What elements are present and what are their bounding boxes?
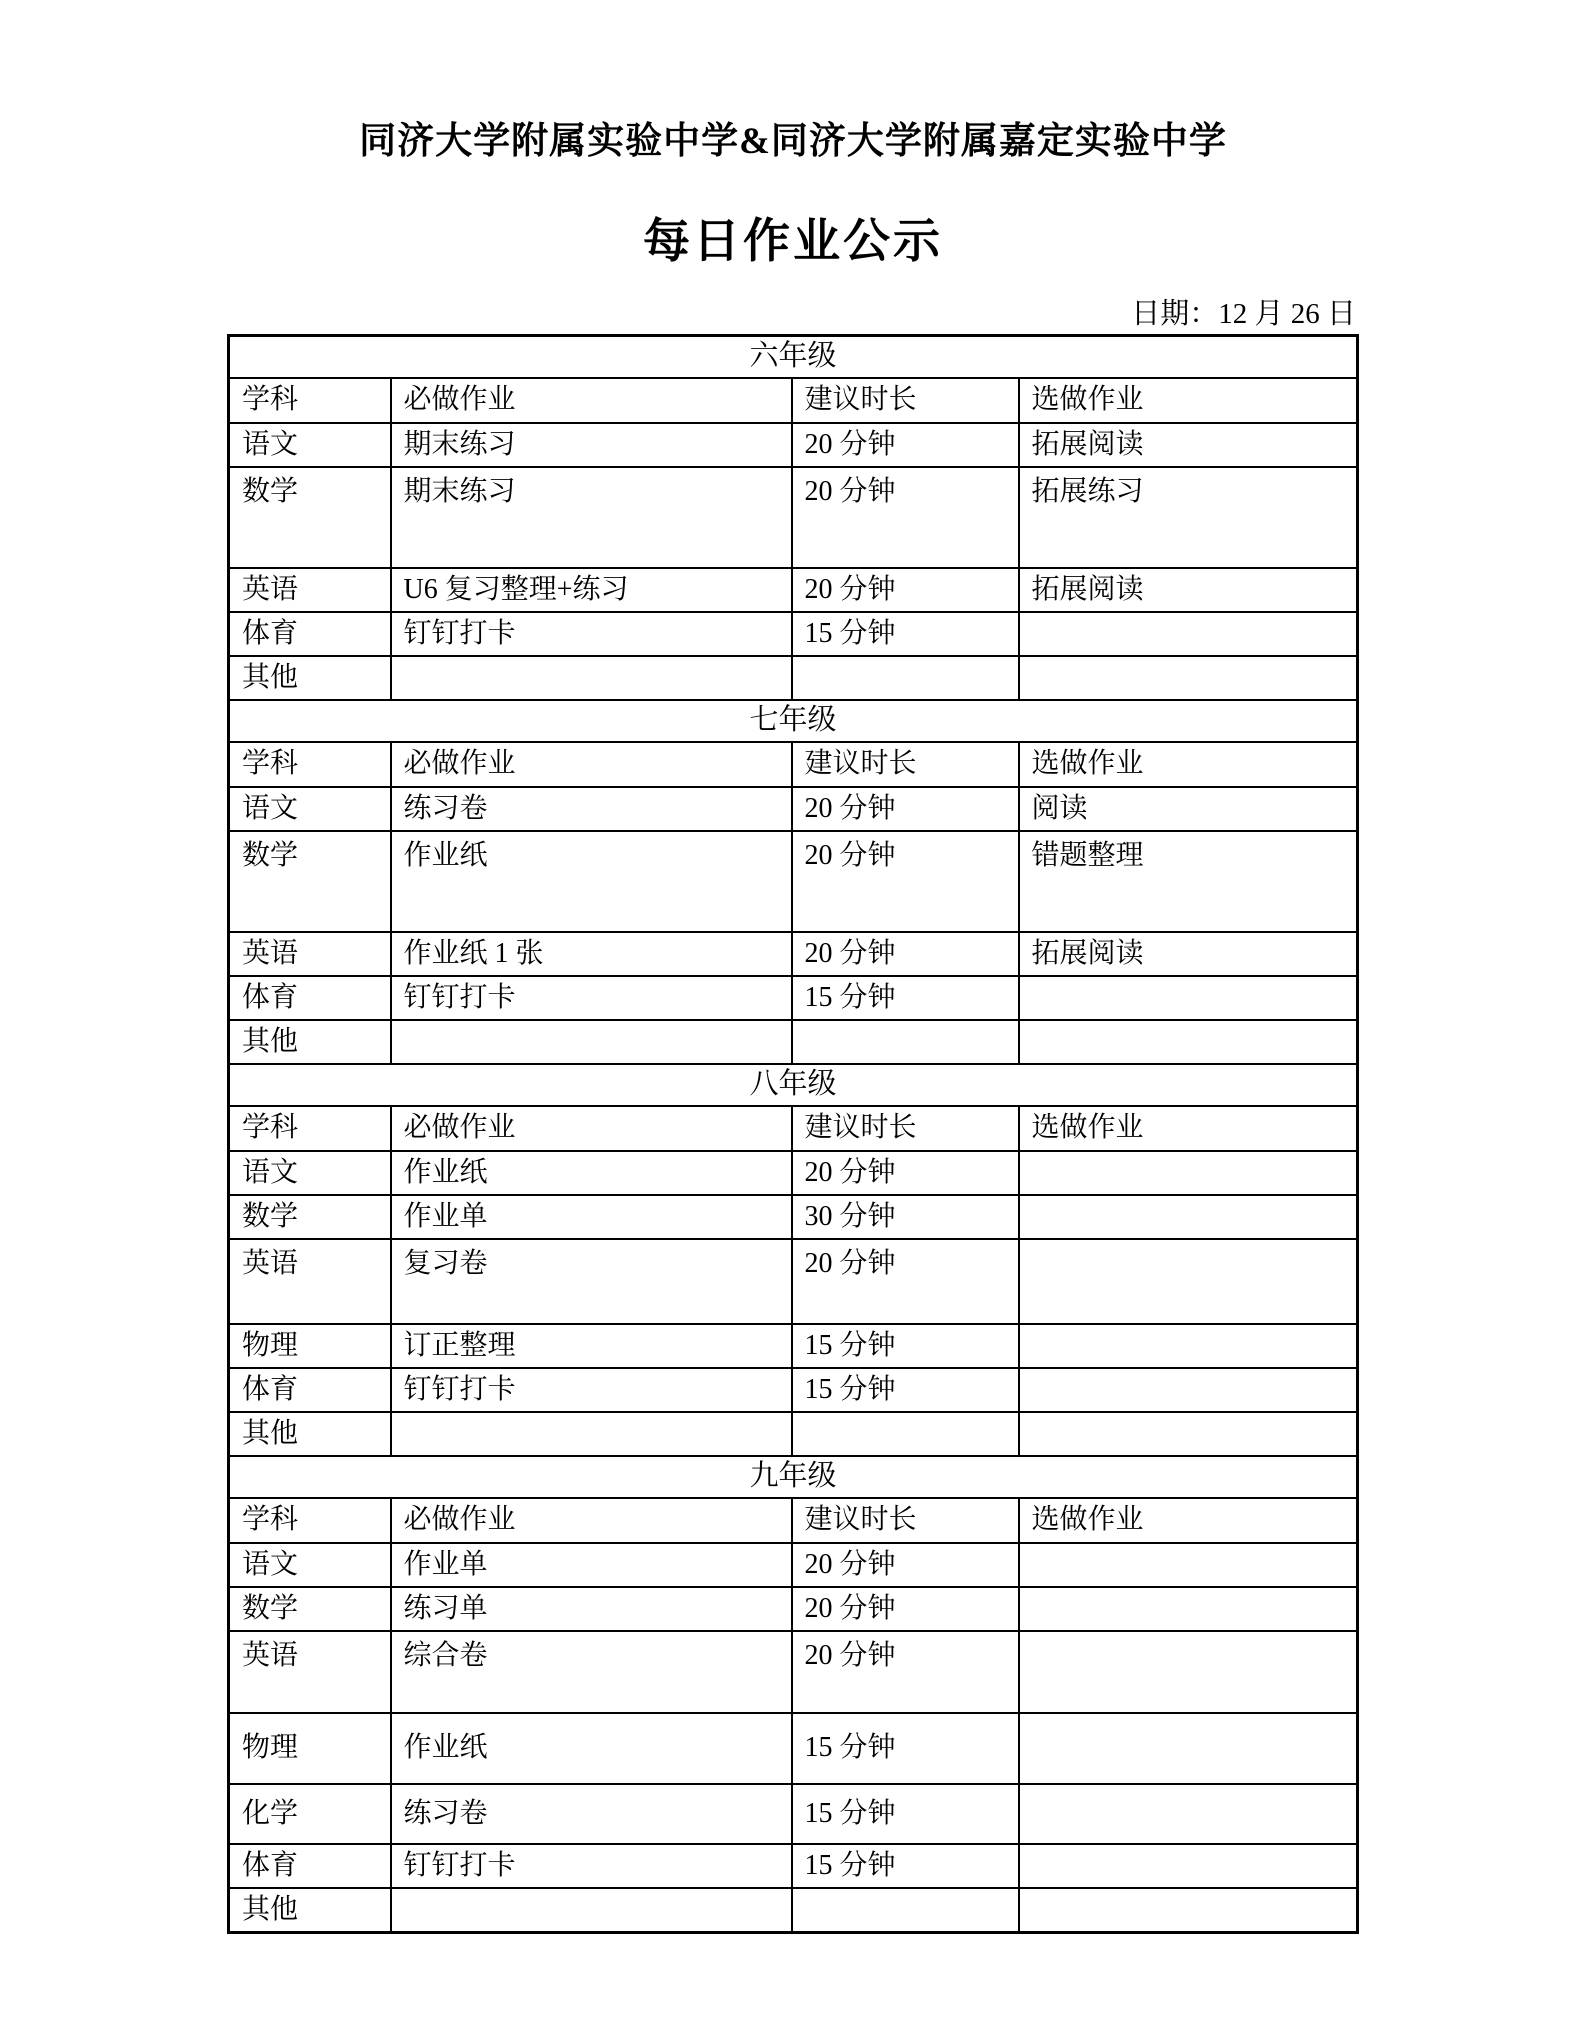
required-cell	[391, 1020, 792, 1064]
column-header-duration: 建议时长	[792, 378, 1019, 423]
required-cell: 作业纸	[391, 1151, 792, 1195]
column-header-required: 必做作业	[391, 1106, 792, 1151]
column-header-optional: 选做作业	[1019, 1106, 1358, 1151]
optional-cell	[1019, 1151, 1358, 1195]
subject-cell: 体育	[229, 976, 391, 1020]
subject-cell: 数学	[229, 1587, 391, 1631]
homework-row: 体育钉钉打卡15 分钟	[229, 612, 1358, 656]
subject-cell: 数学	[229, 467, 391, 568]
required-cell: 作业纸 1 张	[391, 932, 792, 976]
duration-cell: 20 分钟	[792, 1239, 1019, 1324]
homework-row: 数学作业单30 分钟	[229, 1195, 1358, 1239]
homework-row: 其他	[229, 656, 1358, 700]
required-cell: 练习单	[391, 1587, 792, 1631]
required-cell: 复习卷	[391, 1239, 792, 1324]
required-cell	[391, 1412, 792, 1456]
duration-cell: 20 分钟	[792, 932, 1019, 976]
homework-row: 数学作业纸20 分钟错题整理	[229, 831, 1358, 932]
optional-cell	[1019, 1324, 1358, 1368]
subject-cell: 语文	[229, 1151, 391, 1195]
required-cell: 钉钉打卡	[391, 1368, 792, 1412]
optional-cell	[1019, 1239, 1358, 1324]
column-header-optional: 选做作业	[1019, 378, 1358, 423]
required-cell: 综合卷	[391, 1631, 792, 1713]
required-cell: 练习卷	[391, 1784, 792, 1844]
column-header-required: 必做作业	[391, 742, 792, 787]
homework-row: 英语作业纸 1 张20 分钟拓展阅读	[229, 932, 1358, 976]
required-cell: 订正整理	[391, 1324, 792, 1368]
required-cell: 期末练习	[391, 467, 792, 568]
optional-cell	[1019, 1587, 1358, 1631]
required-cell	[391, 656, 792, 700]
subject-cell: 体育	[229, 1368, 391, 1412]
homework-row: 语文期末练习20 分钟拓展阅读	[229, 423, 1358, 467]
column-header-subject: 学科	[229, 1106, 391, 1151]
duration-cell: 20 分钟	[792, 1631, 1019, 1713]
subject-cell: 数学	[229, 831, 391, 932]
subject-cell: 其他	[229, 656, 391, 700]
subject-cell: 语文	[229, 787, 391, 831]
optional-cell: 拓展阅读	[1019, 568, 1358, 612]
column-header-row: 学科必做作业建议时长选做作业	[229, 742, 1358, 787]
required-cell: 作业单	[391, 1195, 792, 1239]
duration-cell: 15 分钟	[792, 1784, 1019, 1844]
homework-row: 体育钉钉打卡15 分钟	[229, 1844, 1358, 1888]
subject-cell: 数学	[229, 1195, 391, 1239]
duration-cell	[792, 1020, 1019, 1064]
homework-table: 六年级学科必做作业建议时长选做作业语文期末练习20 分钟拓展阅读数学期末练习20…	[227, 334, 1359, 1934]
column-header-duration: 建议时长	[792, 1106, 1019, 1151]
duration-cell: 20 分钟	[792, 787, 1019, 831]
school-title: 同济大学附属实验中学&同济大学附属嘉定实验中学	[0, 110, 1586, 164]
duration-cell: 20 分钟	[792, 1587, 1019, 1631]
column-header-subject: 学科	[229, 378, 391, 423]
required-cell: 期末练习	[391, 423, 792, 467]
subject-cell: 物理	[229, 1713, 391, 1784]
homework-row: 数学练习单20 分钟	[229, 1587, 1358, 1631]
duration-cell: 15 分钟	[792, 1844, 1019, 1888]
homework-row: 语文作业单20 分钟	[229, 1543, 1358, 1587]
duration-cell	[792, 1888, 1019, 1933]
grade-title: 九年级	[229, 1456, 1358, 1498]
subject-cell: 体育	[229, 612, 391, 656]
duration-cell: 15 分钟	[792, 612, 1019, 656]
grade-title: 七年级	[229, 700, 1358, 742]
homework-row: 体育钉钉打卡15 分钟	[229, 1368, 1358, 1412]
homework-row: 英语U6 复习整理+练习20 分钟拓展阅读	[229, 568, 1358, 612]
homework-row: 物理作业纸15 分钟	[229, 1713, 1358, 1784]
date-label: 日期：12 月 26 日	[1131, 291, 1356, 332]
required-cell: 钉钉打卡	[391, 1844, 792, 1888]
column-header-row: 学科必做作业建议时长选做作业	[229, 378, 1358, 423]
duration-cell	[792, 1412, 1019, 1456]
homework-row: 语文作业纸20 分钟	[229, 1151, 1358, 1195]
grade-title: 六年级	[229, 336, 1358, 379]
optional-cell	[1019, 1888, 1358, 1933]
optional-cell: 拓展阅读	[1019, 932, 1358, 976]
required-cell: U6 复习整理+练习	[391, 568, 792, 612]
required-cell: 钉钉打卡	[391, 976, 792, 1020]
subject-cell: 其他	[229, 1888, 391, 1933]
duration-cell: 20 分钟	[792, 1543, 1019, 1587]
optional-cell	[1019, 1713, 1358, 1784]
optional-cell: 拓展阅读	[1019, 423, 1358, 467]
required-cell: 作业单	[391, 1543, 792, 1587]
column-header-required: 必做作业	[391, 1498, 792, 1543]
duration-cell: 20 分钟	[792, 831, 1019, 932]
homework-row: 数学期末练习20 分钟拓展练习	[229, 467, 1358, 568]
subject-cell: 化学	[229, 1784, 391, 1844]
column-header-subject: 学科	[229, 1498, 391, 1543]
required-cell: 练习卷	[391, 787, 792, 831]
column-header-optional: 选做作业	[1019, 742, 1358, 787]
column-header-duration: 建议时长	[792, 1498, 1019, 1543]
subject-cell: 其他	[229, 1020, 391, 1064]
doc-title: 每日作业公示	[0, 204, 1586, 271]
duration-cell: 20 分钟	[792, 1151, 1019, 1195]
required-cell: 钉钉打卡	[391, 612, 792, 656]
column-header-optional: 选做作业	[1019, 1498, 1358, 1543]
duration-cell	[792, 656, 1019, 700]
duration-cell: 20 分钟	[792, 568, 1019, 612]
column-header-duration: 建议时长	[792, 742, 1019, 787]
duration-cell: 20 分钟	[792, 423, 1019, 467]
required-cell: 作业纸	[391, 831, 792, 932]
optional-cell	[1019, 1195, 1358, 1239]
homework-row: 其他	[229, 1888, 1358, 1933]
subject-cell: 语文	[229, 423, 391, 467]
homework-row: 语文练习卷20 分钟阅读	[229, 787, 1358, 831]
homework-row: 英语复习卷20 分钟	[229, 1239, 1358, 1324]
duration-cell: 15 分钟	[792, 1368, 1019, 1412]
subject-cell: 英语	[229, 932, 391, 976]
homework-row: 其他	[229, 1020, 1358, 1064]
grade-header-row: 九年级	[229, 1456, 1358, 1498]
homework-row: 英语综合卷20 分钟	[229, 1631, 1358, 1713]
duration-cell: 20 分钟	[792, 467, 1019, 568]
subject-cell: 体育	[229, 1844, 391, 1888]
homework-row: 体育钉钉打卡15 分钟	[229, 976, 1358, 1020]
grade-header-row: 六年级	[229, 336, 1358, 379]
column-header-row: 学科必做作业建议时长选做作业	[229, 1106, 1358, 1151]
homework-table-body: 六年级学科必做作业建议时长选做作业语文期末练习20 分钟拓展阅读数学期末练习20…	[229, 336, 1358, 1933]
duration-cell: 30 分钟	[792, 1195, 1019, 1239]
duration-cell: 15 分钟	[792, 1324, 1019, 1368]
optional-cell	[1019, 1368, 1358, 1412]
optional-cell	[1019, 976, 1358, 1020]
grade-header-row: 七年级	[229, 700, 1358, 742]
subject-cell: 英语	[229, 1239, 391, 1324]
optional-cell	[1019, 1844, 1358, 1888]
subject-cell: 英语	[229, 1631, 391, 1713]
optional-cell	[1019, 612, 1358, 656]
optional-cell: 错题整理	[1019, 831, 1358, 932]
homework-row: 化学练习卷15 分钟	[229, 1784, 1358, 1844]
subject-cell: 其他	[229, 1412, 391, 1456]
column-header-row: 学科必做作业建议时长选做作业	[229, 1498, 1358, 1543]
optional-cell	[1019, 1543, 1358, 1587]
optional-cell: 拓展练习	[1019, 467, 1358, 568]
homework-row: 物理订正整理15 分钟	[229, 1324, 1358, 1368]
subject-cell: 物理	[229, 1324, 391, 1368]
optional-cell	[1019, 656, 1358, 700]
optional-cell: 阅读	[1019, 787, 1358, 831]
duration-cell: 15 分钟	[792, 1713, 1019, 1784]
column-header-subject: 学科	[229, 742, 391, 787]
optional-cell	[1019, 1412, 1358, 1456]
optional-cell	[1019, 1631, 1358, 1713]
duration-cell: 15 分钟	[792, 976, 1019, 1020]
required-cell	[391, 1888, 792, 1933]
optional-cell	[1019, 1020, 1358, 1064]
column-header-required: 必做作业	[391, 378, 792, 423]
document-page: 同济大学附属实验中学&同济大学附属嘉定实验中学 每日作业公示 日期：12 月 2…	[0, 0, 1586, 2023]
optional-cell	[1019, 1784, 1358, 1844]
required-cell: 作业纸	[391, 1713, 792, 1784]
subject-cell: 语文	[229, 1543, 391, 1587]
grade-header-row: 八年级	[229, 1064, 1358, 1106]
grade-title: 八年级	[229, 1064, 1358, 1106]
homework-row: 其他	[229, 1412, 1358, 1456]
subject-cell: 英语	[229, 568, 391, 612]
